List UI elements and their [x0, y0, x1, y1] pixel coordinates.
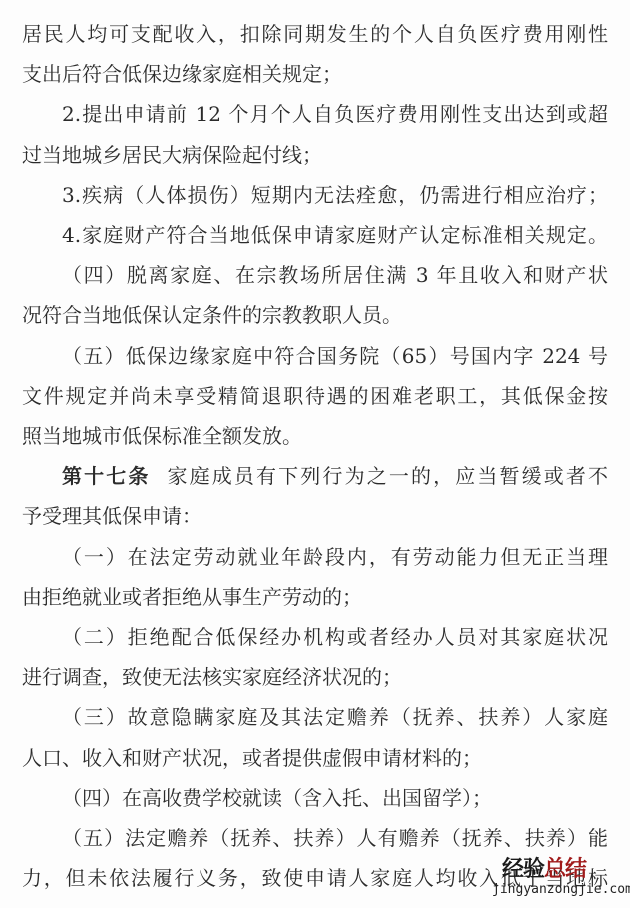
watermark-text-red: 总结: [544, 857, 586, 882]
text-line: 过当地城乡居民大病保险起付线；: [22, 140, 608, 170]
text-line: 2.提出申请前 12 个月个人自负医疗费用刚性支出达到或超: [62, 99, 608, 129]
article-heading: 第十七条: [62, 464, 151, 488]
watermark-text-dark: 经验: [502, 857, 544, 882]
text-line: （五）低保边缘家庭中符合国务院（65）号国内字 224 号: [62, 341, 608, 371]
text-line: 况符合当地低保认定条件的宗教教职人员。: [22, 300, 608, 330]
text-line: 由拒绝就业或者拒绝从事生产劳动的；: [22, 582, 608, 612]
text-line: 文件规定并尚未享受精简退职待遇的困难老职工，其低保金按: [22, 381, 608, 411]
text-line: （三）故意隐瞒家庭及其法定赡养（抚养、扶养）人家庭: [62, 702, 608, 732]
text-line: （五）法定赡养（抚养、扶养）人有赡养（抚养、扶养）能: [62, 823, 608, 853]
text-line: 进行调查，致使无法核实家庭经济状况的；: [22, 662, 608, 692]
text-line: （四）在高收费学校就读（含入托、出国留学）；: [62, 783, 608, 813]
text-line: 支出后符合低保边缘家庭相关规定；: [22, 59, 608, 89]
watermark: 经验总结 jingyanzongjie.com: [490, 858, 630, 904]
text-line: （二）拒绝配合低保经办机构或者经办人员对其家庭状况: [62, 622, 608, 652]
article-text: 家庭成员有下列行为之一的，应当暂缓或者不: [168, 464, 609, 488]
article-17-line: 第十七条 家庭成员有下列行为之一的，应当暂缓或者不: [62, 461, 608, 491]
text-line: （一）在法定劳动就业年龄段内，有劳动能力但无正当理: [62, 542, 608, 572]
text-line: （四）脱离家庭、在宗教场所居住满 3 年且收入和财产状: [62, 260, 608, 290]
text-line: 3.疾病（人体损伤）短期内无法痊愈，仍需进行相应治疗；: [62, 180, 608, 210]
watermark-logo-text: 经验总结: [502, 858, 586, 882]
watermark-url: jingyanzongjie.com: [492, 882, 630, 898]
document-body: 居民人均可支配收入，扣除同期发生的个人自负医疗费用刚性支出后符合低保边缘家庭相关…: [0, 0, 630, 908]
text-line: 4.家庭财产符合当地低保申请家庭财产认定标准相关规定。: [62, 220, 608, 250]
text-line: 予受理其低保申请：: [22, 501, 608, 531]
text-line: 人口、收入和财产状况，或者提供虚假申请材料的；: [22, 743, 608, 773]
text-line: 居民人均可支配收入，扣除同期发生的个人自负医疗费用刚性: [22, 19, 608, 49]
text-line: 照当地城市低保标准全额发放。: [22, 421, 608, 451]
